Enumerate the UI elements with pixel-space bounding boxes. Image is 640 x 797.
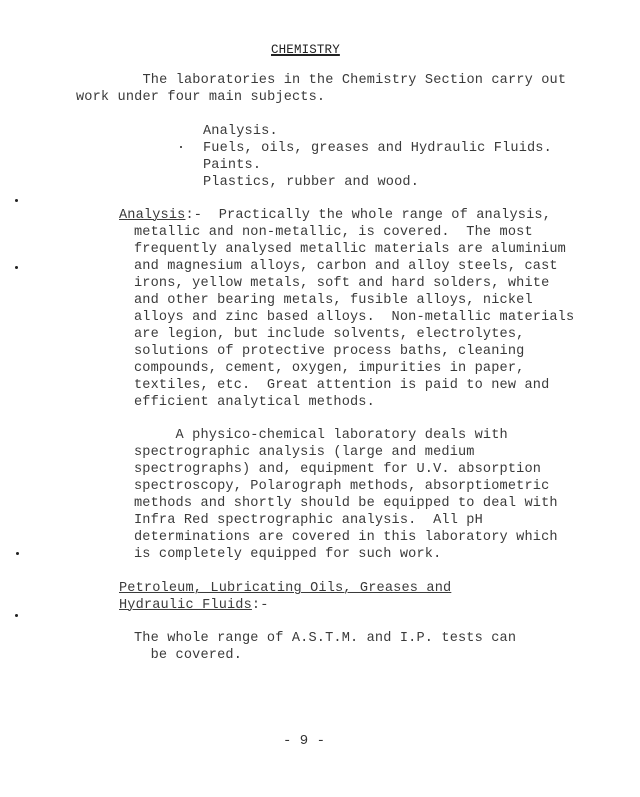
- physico-line: methods and shortly should be equipped t…: [134, 496, 558, 512]
- page-title: CHEMISTRY: [271, 42, 340, 58]
- petroleum-heading-line: Hydraulic Fluids:-: [119, 598, 269, 614]
- subject-item: Plastics, rubber and wood.: [203, 175, 419, 191]
- physico-line: A physico-chemical laboratory deals with: [134, 428, 508, 444]
- analysis-line: frequently analysed metallic materials a…: [134, 242, 566, 258]
- analysis-heading: Analysis: [119, 208, 185, 223]
- punch-mark-icon: [15, 199, 18, 202]
- analysis-line: solutions of protective process baths, c…: [134, 344, 524, 360]
- punch-mark-icon: [15, 614, 18, 617]
- petroleum-heading-suffix: :-: [252, 598, 269, 613]
- punch-mark-icon: [16, 552, 19, 555]
- analysis-line: alloys and zinc based alloys. Non-metall…: [134, 310, 574, 326]
- subject-item: Fuels, oils, greases and Hydraulic Fluid…: [203, 141, 552, 157]
- analysis-line: compounds, cement, oxygen, impurities in…: [134, 361, 524, 377]
- analysis-heading-line: Analysis:- Practically the whole range o…: [119, 208, 551, 224]
- petroleum-heading: Petroleum, Lubricating Oils, Greases and: [119, 581, 451, 596]
- subject-item: Analysis.: [203, 124, 278, 140]
- analysis-heading-text: :- Practically the whole range of analys…: [185, 208, 551, 223]
- intro-line: work under four main subjects.: [76, 90, 325, 106]
- analysis-line: efficient analytical methods.: [134, 395, 375, 411]
- physico-line: determinations are covered in this labor…: [134, 530, 558, 546]
- analysis-line: metallic and non-metallic, is covered. T…: [134, 225, 533, 241]
- punch-mark-icon: [15, 266, 18, 269]
- petroleum-heading-cont: Hydraulic Fluids: [119, 598, 252, 613]
- petroleum-line: The whole range of A.S.T.M. and I.P. tes…: [134, 631, 516, 647]
- physico-line: spectroscopy, Polarograph methods, absor…: [134, 479, 549, 495]
- physico-line: spectrographic analysis (large and mediu…: [134, 445, 475, 461]
- subject-item: Paints.: [203, 158, 261, 174]
- page-number: - 9 -: [283, 733, 325, 749]
- intro-line: The laboratories in the Chemistry Sectio…: [76, 73, 566, 89]
- analysis-line: textiles, etc. Great attention is paid t…: [134, 378, 549, 394]
- analysis-line: are legion, but include solvents, electr…: [134, 327, 524, 343]
- physico-line: Infra Red spectrographic analysis. All p…: [134, 513, 483, 529]
- analysis-line: irons, yellow metals, soft and hard sold…: [134, 276, 549, 292]
- analysis-line: and magnesium alloys, carbon and alloy s…: [134, 259, 558, 275]
- petroleum-line: be covered.: [134, 648, 242, 664]
- physico-line: is completely equipped for such work.: [134, 547, 441, 563]
- petroleum-heading-line: Petroleum, Lubricating Oils, Greases and: [119, 581, 451, 597]
- stray-mark-icon: [180, 146, 182, 148]
- physico-line: spectrographs) and, equipment for U.V. a…: [134, 462, 541, 478]
- analysis-line: and other bearing metals, fusible alloys…: [134, 293, 533, 309]
